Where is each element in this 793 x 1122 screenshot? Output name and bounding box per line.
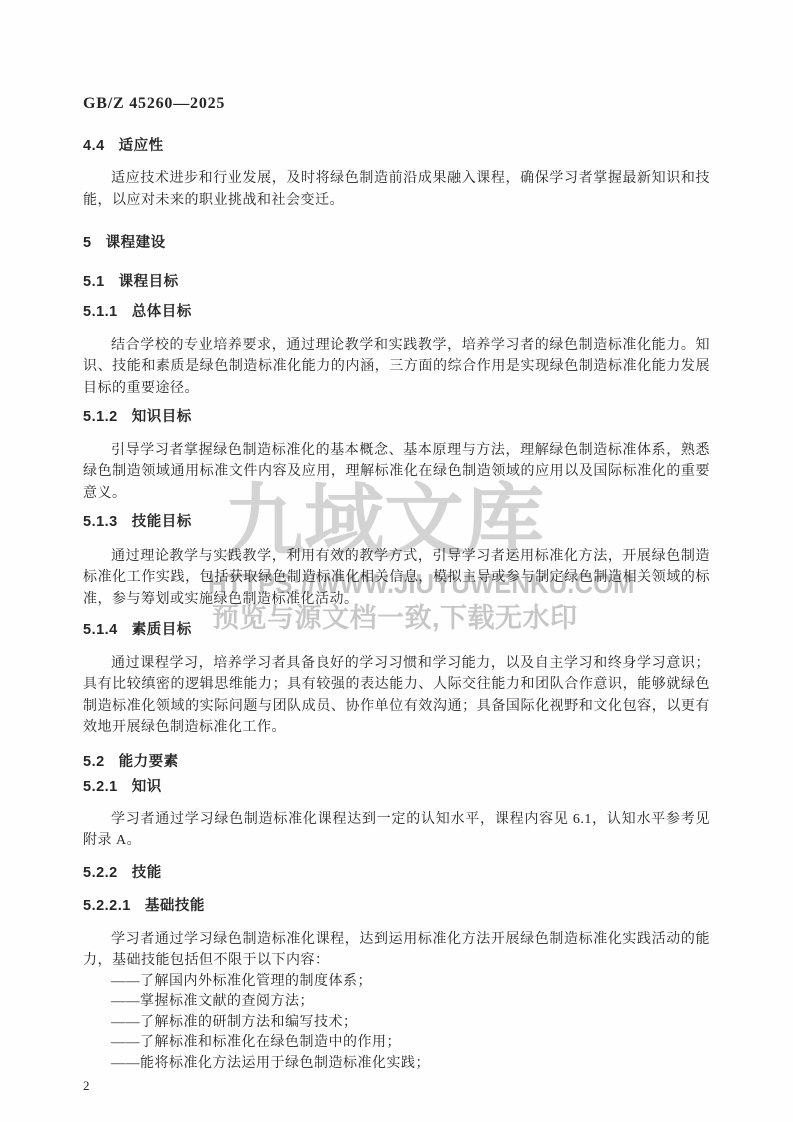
heading-5-1-1: 5.1.1总体目标 — [83, 302, 710, 324]
heading-title: 知识目标 — [132, 409, 192, 425]
heading-number: 5.2.1 — [83, 779, 118, 795]
heading-title: 能力要素 — [119, 754, 179, 770]
heading-4-4: 4.4适应性 — [83, 136, 710, 158]
list-item: ——能将标准化方法运用于绿色制造标准化实践； — [83, 1054, 710, 1075]
heading-5-2-2: 5.2.2技能 — [83, 863, 710, 885]
document-content: GB/Z 45260—2025 4.4适应性 适应技术进步和行业发展，及时将绿色… — [0, 0, 793, 1122]
heading-number: 5.1.1 — [83, 304, 118, 320]
heading-title: 技能 — [132, 865, 162, 881]
list-item: ——了解标准的研制方法和编写技术； — [83, 1013, 710, 1034]
standard-code-header: GB/Z 45260—2025 — [83, 93, 710, 115]
paragraph-4-4: 适应技术进步和行业发展，及时将绿色制造前沿成果融入课程，确保学习者掌握最新知识和… — [83, 168, 710, 211]
heading-number: 5.1.2 — [83, 409, 118, 425]
paragraph-5-1-4: 通过课程学习，培养学习者具备良好的学习习惯和学习能力，以及自主学习和终身学习意识… — [83, 653, 710, 739]
paragraph-5-2-1: 学习者通过学习绿色制造标准化课程达到一定的认知水平，课程内容见 6.1，认知水平… — [83, 809, 710, 852]
heading-number: 5.2.2 — [83, 865, 118, 881]
skills-list: ——了解国内外标准化管理的制度体系； ——掌握标准文献的查阅方法； ——了解标准… — [83, 972, 710, 1075]
paragraph-5-2-2-1: 学习者通过学习绿色制造标准化课程，达到运用标准化方法开展绿色制造标准化实践活动的… — [83, 929, 710, 972]
heading-number: 5.1.4 — [83, 622, 118, 638]
heading-5-1-2: 5.1.2知识目标 — [83, 407, 710, 429]
page-number: 2 — [83, 1075, 710, 1097]
heading-number: 5.1.3 — [83, 514, 118, 530]
paragraph-5-1-3: 通过理论教学与实践教学，利用有效的教学方式，引导学习者运用标准化方法，开展绿色制… — [83, 546, 710, 611]
heading-5-2: 5.2能力要素 — [83, 752, 710, 774]
heading-title: 素质目标 — [132, 622, 192, 638]
document-page: 九域文库 HTTPS://WWW.JIUYUWENKU.COM 预览与源文档一致… — [0, 0, 793, 1122]
heading-5-1: 5.1课程目标 — [83, 272, 710, 294]
heading-title: 总体目标 — [132, 304, 192, 320]
heading-number: 5.1 — [83, 274, 105, 290]
heading-5-2-2-1: 5.2.2.1基础技能 — [83, 896, 710, 918]
list-item: ——了解标准和标准化在绿色制造中的作用； — [83, 1033, 710, 1054]
heading-5-1-3: 5.1.3技能目标 — [83, 512, 710, 534]
paragraph-5-1-2: 引导学习者掌握绿色制造标准化的基本概念、基本原理与方法，理解绿色制造标准体系，熟… — [83, 440, 710, 505]
heading-number: 5.2 — [83, 754, 105, 770]
heading-5-1-4: 5.1.4素质目标 — [83, 620, 710, 642]
list-item: ——掌握标准文献的查阅方法； — [83, 992, 710, 1013]
heading-title: 适应性 — [119, 138, 164, 154]
list-item: ——了解国内外标准化管理的制度体系； — [83, 972, 710, 993]
heading-5-2-1: 5.2.1知识 — [83, 777, 710, 799]
heading-title: 课程建设 — [106, 235, 166, 251]
heading-title: 知识 — [132, 779, 162, 795]
heading-5: 5课程建设 — [83, 233, 710, 255]
heading-title: 技能目标 — [132, 514, 192, 530]
paragraph-5-1-1: 结合学校的专业培养要求，通过理论教学和实践教学，培养学习者的绿色制造标准化能力。… — [83, 335, 710, 400]
heading-title: 课程目标 — [119, 274, 179, 290]
heading-title: 基础技能 — [145, 898, 205, 914]
heading-number: 4.4 — [83, 138, 105, 154]
heading-number: 5.2.2.1 — [83, 898, 131, 914]
heading-number: 5 — [83, 235, 92, 251]
